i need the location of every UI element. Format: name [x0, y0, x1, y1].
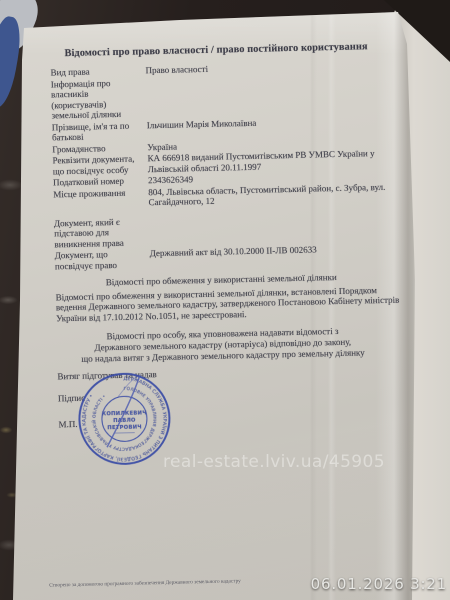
field-value: 804, Львівська область, Пустомитівський … [148, 181, 405, 208]
field-label: Вид права [50, 65, 145, 78]
field-label: Інформація про власників (користувачів) … [51, 77, 147, 121]
field-label: Податковий номер [53, 175, 148, 188]
restrictions-section-body: Відомості про обмеження у використанні з… [36, 284, 409, 324]
authority-section-heading: Відомості про особу, яка уповноважена на… [36, 324, 409, 365]
field-label: Місце проживання [53, 187, 148, 210]
field-label: Реквізити документа, що посвідчує особу [52, 153, 147, 176]
field-label: Документ, який є підставою для виникненн… [54, 216, 150, 250]
fields-table: Вид права Право власності Інформація про… [30, 59, 407, 271]
document-footer-note: Створено за допомогою програмного забезп… [49, 578, 241, 588]
field-label: Громадянство [52, 142, 147, 155]
field-label: Прізвище, ім'я та по батькові [52, 120, 147, 143]
field-label: Документ, що посвідчує право [55, 248, 150, 271]
field-value: Державний акт від 30.10.2000 ІІ-ЛВ 00263… [150, 242, 407, 269]
field-value [149, 210, 407, 247]
document-content: Відомості про право власності / право по… [30, 40, 414, 596]
site-watermark: real-estate.lviv.ua/45905 [163, 452, 385, 472]
field-value [146, 71, 404, 119]
photo-timestamp: 06.01.2026 3:21 [311, 575, 447, 593]
table-row: Інформація про власників (користувачів) … [31, 71, 404, 121]
handwritten-signature [89, 364, 151, 455]
